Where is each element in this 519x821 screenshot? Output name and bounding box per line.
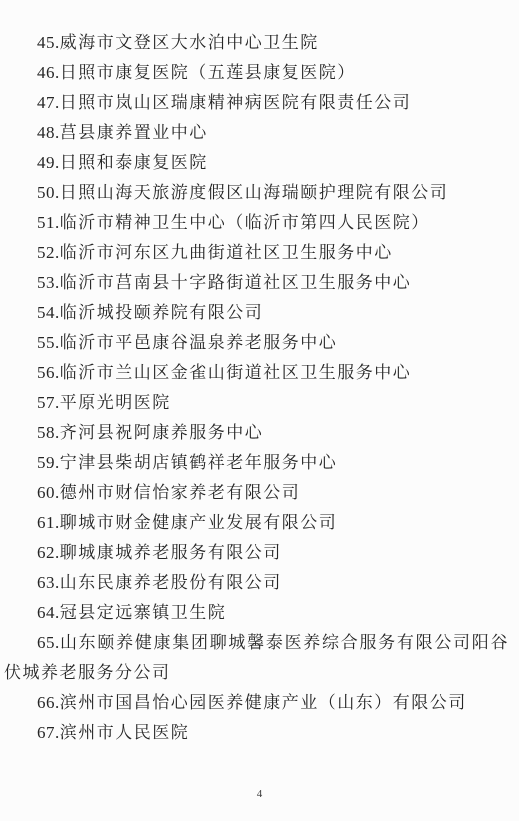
list-item: 48.莒县康养置业中心 [4, 118, 509, 148]
item-number: 52. [37, 243, 60, 262]
list-item: 55.临沂市平邑康谷温泉养老服务中心 [4, 328, 509, 358]
item-name: 临沂市兰山区金雀山街道社区卫生服务中心 [60, 363, 412, 382]
item-number: 66. [37, 693, 60, 712]
item-name: 聊城康城养老服务有限公司 [60, 543, 282, 562]
list-item: 57.平原光明医院 [4, 388, 509, 418]
item-name: 滨州市国昌怡心园医养健康产业（山东）有限公司 [60, 693, 467, 712]
list-item: 67.滨州市人民医院 [4, 718, 509, 748]
list-item: 53.临沂市莒南县十字路街道社区卫生服务中心 [4, 268, 509, 298]
list-item: 45.威海市文登区大水泊中心卫生院 [4, 28, 509, 58]
item-name: 山东颐养健康集团聊城馨泰医养综合服务有限公司阳谷伏城养老服务分公司 [4, 633, 509, 682]
item-number: 63. [37, 573, 60, 592]
list-item: 56.临沂市兰山区金雀山街道社区卫生服务中心 [4, 358, 509, 388]
list-item: 49.日照和泰康复医院 [4, 148, 509, 178]
item-name: 日照和泰康复医院 [60, 153, 208, 172]
list-item: 58.齐河县祝阿康养服务中心 [4, 418, 509, 448]
list-item: 51.临沂市精神卫生中心（临沂市第四人民医院） [4, 208, 509, 238]
item-name: 宁津县柴胡店镇鹤祥老年服务中心 [60, 453, 338, 472]
list-item: 50.日照山海天旅游度假区山海瑞颐护理院有限公司 [4, 178, 509, 208]
item-number: 61. [37, 513, 60, 532]
page-number: 4 [257, 788, 263, 800]
item-number: 47. [37, 93, 60, 112]
item-number: 59. [37, 453, 60, 472]
item-name: 临沂市平邑康谷温泉养老服务中心 [60, 333, 338, 352]
item-name: 平原光明医院 [60, 393, 171, 412]
item-number: 60. [37, 483, 60, 502]
item-name: 临沂市河东区九曲街道社区卫生服务中心 [60, 243, 393, 262]
page-footer: 4 [0, 787, 519, 801]
item-number: 64. [37, 603, 60, 622]
list-item: 65.山东颐养健康集团聊城馨泰医养综合服务有限公司阳谷伏城养老服务分公司 [4, 628, 509, 688]
item-name: 山东民康养老股份有限公司 [60, 573, 282, 592]
item-name: 临沂市莒南县十字路街道社区卫生服务中心 [60, 273, 412, 292]
document-page: 45.威海市文登区大水泊中心卫生院 46.日照市康复医院（五莲县康复医院） 47… [0, 0, 519, 821]
item-name: 临沂市精神卫生中心（临沂市第四人民医院） [60, 213, 430, 232]
list-item: 52.临沂市河东区九曲街道社区卫生服务中心 [4, 238, 509, 268]
item-name: 日照山海天旅游度假区山海瑞颐护理院有限公司 [60, 183, 449, 202]
item-number: 55. [37, 333, 60, 352]
item-number: 65. [37, 633, 60, 652]
list-item: 60.德州市财信怡家养老有限公司 [4, 478, 509, 508]
item-name: 齐河县祝阿康养服务中心 [60, 423, 264, 442]
item-name: 临沂城投颐养院有限公司 [60, 303, 264, 322]
item-name: 滨州市人民医院 [60, 723, 190, 742]
list-item: 63.山东民康养老股份有限公司 [4, 568, 509, 598]
item-number: 48. [37, 123, 60, 142]
item-number: 53. [37, 273, 60, 292]
item-number: 57. [37, 393, 60, 412]
item-number: 49. [37, 153, 60, 172]
item-name: 莒县康养置业中心 [60, 123, 208, 142]
item-number: 67. [37, 723, 60, 742]
item-name: 冠县定远寨镇卫生院 [60, 603, 227, 622]
list-item: 61.聊城市财金健康产业发展有限公司 [4, 508, 509, 538]
list-item: 66.滨州市国昌怡心园医养健康产业（山东）有限公司 [4, 688, 509, 718]
item-number: 51. [37, 213, 60, 232]
item-name: 威海市文登区大水泊中心卫生院 [60, 33, 319, 52]
item-number: 56. [37, 363, 60, 382]
item-number: 45. [37, 33, 60, 52]
list-item: 59.宁津县柴胡店镇鹤祥老年服务中心 [4, 448, 509, 478]
item-name: 德州市财信怡家养老有限公司 [60, 483, 301, 502]
list-item: 64.冠县定远寨镇卫生院 [4, 598, 509, 628]
list-item: 62.聊城康城养老服务有限公司 [4, 538, 509, 568]
list-item: 46.日照市康复医院（五莲县康复医院） [4, 58, 509, 88]
list-item: 47.日照市岚山区瑞康精神病医院有限责任公司 [4, 88, 509, 118]
item-name: 日照市康复医院（五莲县康复医院） [60, 63, 356, 82]
item-name: 聊城市财金健康产业发展有限公司 [60, 513, 338, 532]
list-item: 54.临沂城投颐养院有限公司 [4, 298, 509, 328]
item-number: 46. [37, 63, 60, 82]
item-number: 62. [37, 543, 60, 562]
item-name: 日照市岚山区瑞康精神病医院有限责任公司 [60, 93, 412, 112]
item-number: 58. [37, 423, 60, 442]
organization-list: 45.威海市文登区大水泊中心卫生院 46.日照市康复医院（五莲县康复医院） 47… [0, 0, 519, 748]
item-number: 50. [37, 183, 60, 202]
item-number: 54. [37, 303, 60, 322]
